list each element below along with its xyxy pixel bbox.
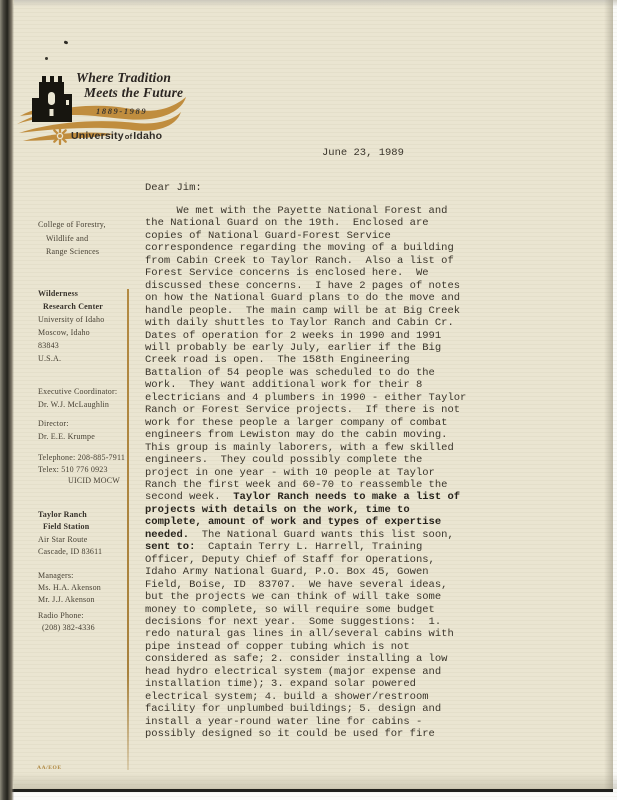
body-segment: The National Guard wants this list soon,: [189, 529, 454, 541]
university-name: UniversityofIdaho: [71, 130, 162, 142]
director-name: Dr. E.E. Krumpe: [38, 431, 95, 444]
sidebar-radio-block: Radio Phone: (208) 382-4336: [38, 610, 95, 633]
scan-edge-right: [604, 0, 613, 789]
college-line1: College of Forestry,: [38, 218, 106, 232]
exec-coordinator-name: Dr. W.J. McLaughlin: [38, 399, 117, 412]
college-line3: Range Sciences: [46, 245, 106, 259]
telex-number: Telex: 510 776 0923: [38, 464, 125, 476]
sidebar-phone-block: Telephone: 208-885-7911 Telex: 510 776 0…: [38, 452, 125, 487]
scan-edge-bottom: [14, 773, 617, 789]
center-name-line1: Wilderness: [38, 287, 104, 300]
logo-tagline-line2: Meets the Future: [84, 85, 183, 101]
telex-code: UICID MOCW: [68, 475, 125, 487]
starburst-icon: [51, 127, 69, 145]
center-zip: 83843: [38, 339, 104, 352]
director-label: Director:: [38, 418, 95, 431]
body-segment: We met with the Payette National Forest …: [145, 205, 466, 503]
university-name-part1: University: [71, 130, 124, 142]
logo-tagline-line1: Where Tradition: [76, 70, 171, 86]
scan-edge-top: [14, 0, 617, 7]
sidebar-exec-block: Executive Coordinator: Dr. W.J. McLaughl…: [38, 386, 117, 411]
sidebar-managers-block: Managers: Ms. H.A. Akenson Mr. J.J. Aken…: [38, 570, 101, 605]
manager-name-2: Mr. J.J. Akenson: [38, 594, 101, 606]
letter-date: June 23, 1989: [322, 147, 404, 159]
sidebar-director-block: Director: Dr. E.E. Krumpe: [38, 418, 95, 443]
telephone-number: Telephone: 208-885-7911: [38, 452, 125, 464]
college-line2: Wildlife and: [46, 232, 106, 246]
sidebar-college-block: College of Forestry, Wildlife and Range …: [38, 218, 106, 259]
radio-phone-label: Radio Phone:: [38, 610, 95, 622]
station-address-line2: Cascade, ID 83611: [38, 546, 102, 558]
logo-centennial-years: 1889-1989: [96, 106, 147, 116]
university-name-part3: Idaho: [133, 130, 162, 142]
scan-edge-left: [0, 0, 14, 800]
station-name-line2: Field Station: [43, 521, 102, 533]
aa-eoe-mark: AA/EOE: [37, 765, 62, 771]
body-segment-bold: sent to:: [145, 541, 195, 553]
letter-body: We met with the Payette National Forest …: [145, 205, 495, 740]
center-org: University of Idaho: [38, 313, 104, 326]
sidebar-station-block: Taylor Ranch Field Station Air Star Rout…: [38, 509, 102, 558]
university-name-part2: of: [125, 132, 132, 141]
exec-coordinator-label: Executive Coordinator:: [38, 386, 117, 399]
salutation: Dear Jim:: [145, 182, 202, 194]
center-name-line2: Research Center: [43, 300, 104, 313]
radio-phone-number: (208) 382-4336: [42, 622, 95, 634]
station-name-line1: Taylor Ranch: [38, 509, 102, 521]
sidebar-center-block: Wilderness Research Center University of…: [38, 287, 104, 365]
manager-name-1: Ms. H.A. Akenson: [38, 582, 101, 594]
body-segment: Captain Terry L. Harrell, Training Offic…: [145, 541, 454, 740]
scanned-letter: Where Tradition Meets the Future 1889-19…: [0, 0, 617, 800]
station-address-line1: Air Star Route: [38, 534, 102, 546]
center-city: Moscow, Idaho: [38, 326, 104, 339]
center-country: U.S.A.: [38, 352, 104, 365]
managers-label: Managers:: [38, 570, 101, 582]
scan-speck: [45, 57, 48, 60]
sidebar-divider-rule: [127, 289, 129, 770]
